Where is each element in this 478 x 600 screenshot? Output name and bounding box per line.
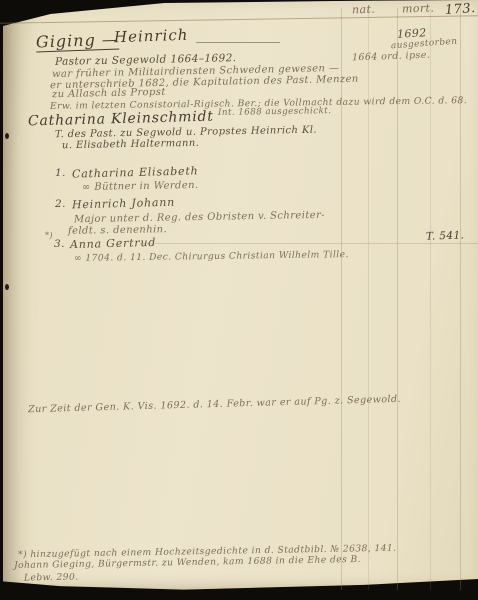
entry-right-note: 1664 ord. ipse.: [352, 51, 431, 63]
child-entry-detail: ∞ Büttner in Werden.: [82, 181, 199, 193]
column-rule: [341, 8, 342, 590]
binding-hole: [5, 284, 9, 290]
entry-forename: Heinrich: [114, 28, 189, 46]
mort-year: 1692: [397, 27, 427, 40]
page-number: 173.: [445, 2, 476, 17]
child-entry-name: Catharina Elisabeth: [72, 165, 199, 179]
child-entry-number: 2.: [55, 199, 66, 210]
entry-surname: Giging —: [36, 32, 119, 53]
binding-hole: [5, 133, 9, 139]
child-entry-number: 1.: [55, 168, 66, 179]
column-header-mort: mort.: [402, 2, 435, 14]
footnote-mark: *): [45, 232, 53, 240]
column-header-nat: nat.: [352, 4, 376, 16]
column-rule: [368, 8, 369, 590]
child-entry-name: Anna Gertrud: [70, 237, 156, 250]
child-entry-name: Heinrich Johann: [72, 197, 175, 211]
child-entry-number: 3.: [54, 239, 65, 250]
footnote: Lebw. 290.: [24, 573, 79, 583]
margin-reference: T. 541.: [426, 230, 465, 242]
entry-line-sub: Int. 1688 ausgeschickt.: [218, 107, 332, 118]
ruled-line: [140, 243, 478, 244]
heading-dash: [196, 42, 280, 43]
scanned-register-page: nat. mort. 173. 1692 ausgestorben Giging…: [0, 0, 478, 600]
